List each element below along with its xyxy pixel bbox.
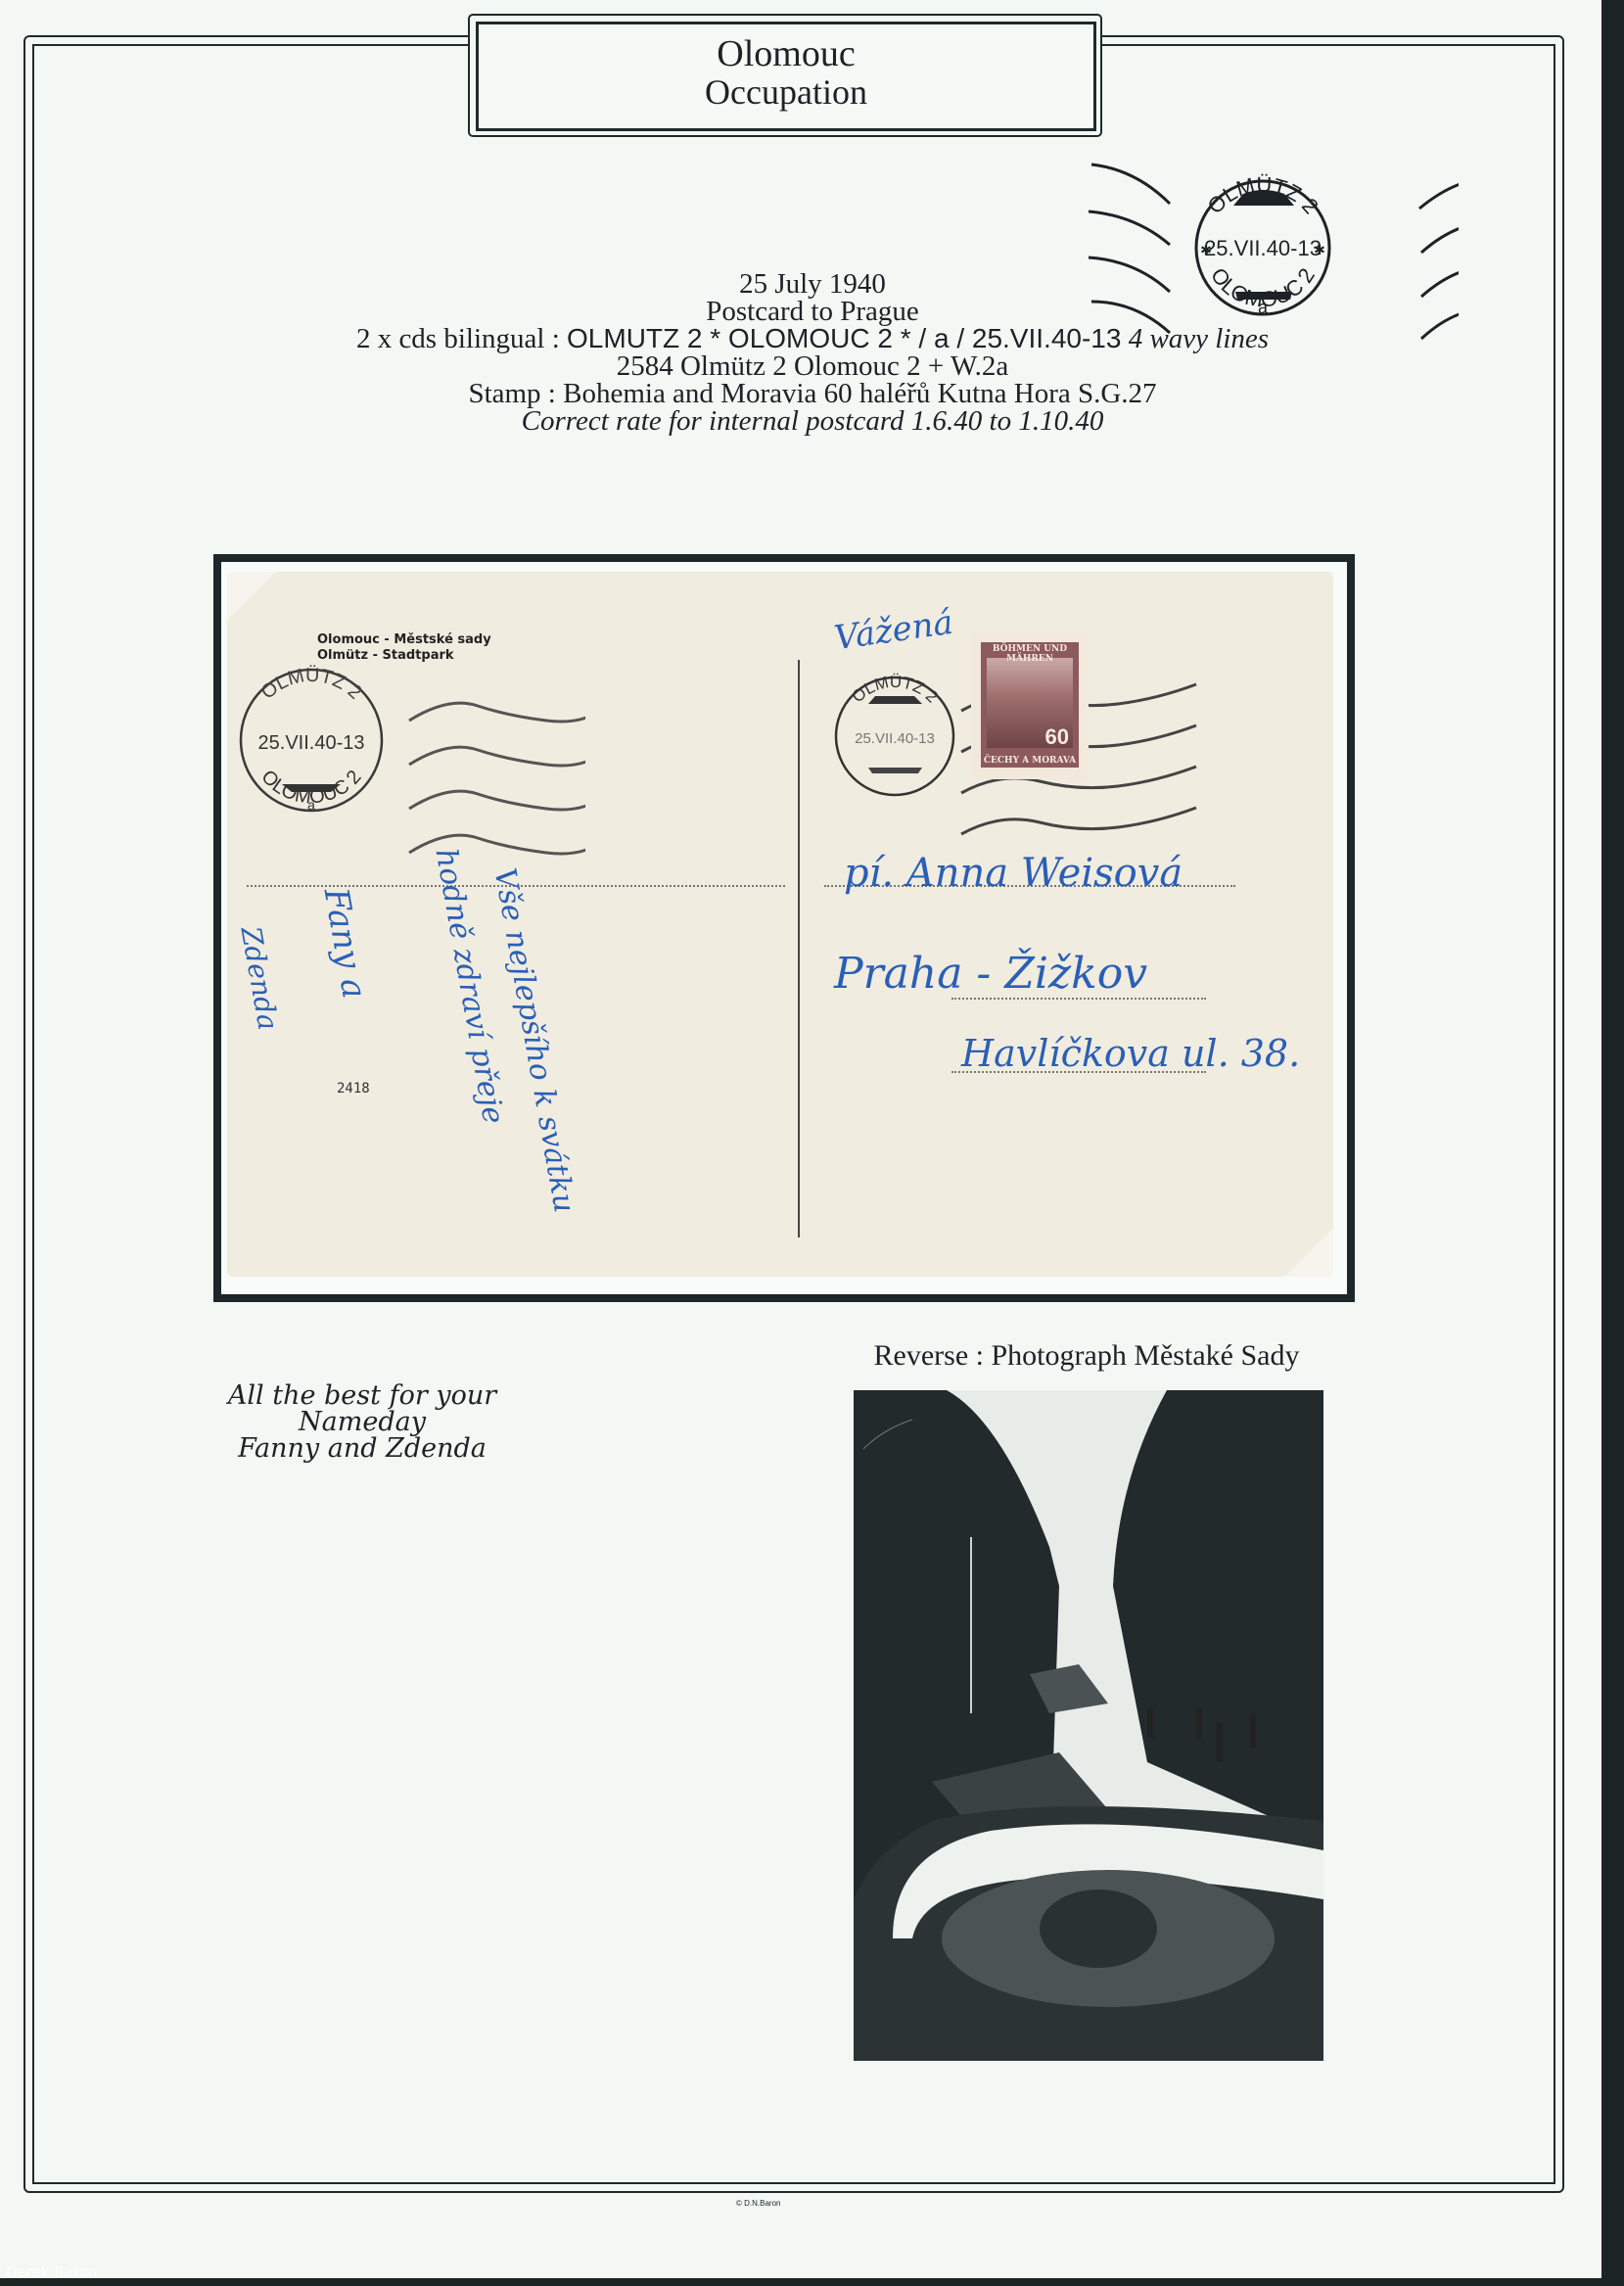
cover-date: 25 July 1940 [88,270,1537,298]
svg-text:25.VII.40-13: 25.VII.40-13 [855,730,935,747]
cds-detail: OLMUTZ 2 * OLOMOUC 2 * / a / 25.VII.40-1… [567,323,1121,353]
description-block: 25 July 1940 Postcard to Prague 2 x cds … [88,270,1537,435]
stamp-value: 60 [1045,724,1069,750]
message-signature: Zdenda [235,924,285,1033]
message-line: Vše nejlepšího k svátku [487,865,581,1215]
svg-text:25.VII.40-13: 25.VII.40-13 [1204,236,1322,260]
cover-type: Postcard to Prague [88,298,1537,325]
reverse-photograph [854,1390,1323,2061]
message-signature: Fany a [316,885,374,1002]
photo-corner [227,572,275,620]
svg-text:OLMÜTZ 2: OLMÜTZ 2 [257,665,366,704]
stamp-design: BÖHMEN UND MÄHREN 60 ČECHY A MORAVA [981,642,1079,768]
svg-text:25.VII.40-13: 25.VII.40-13 [258,732,365,754]
catalogue-reference: 2584 Olmütz 2 Olomouc 2 + W.2a [88,352,1537,380]
address-salutation: Vážená [832,603,955,659]
page-title: Olomouc [479,34,1093,73]
address-street: Havlíčkova ul. 38. [961,1032,1300,1075]
postcard-divider [798,660,800,1237]
rate-note: Correct rate for internal postcard 1.6.4… [88,407,1537,435]
machine-wavy-lines-icon [409,703,585,854]
postage-stamp: BÖHMEN UND MÄHREN 60 ČECHY A MORAVA [971,630,1089,779]
postmark-left: OLMÜTZ 2 OLOMOUC 2 25.VII.40-13 a [233,662,585,858]
svg-text:✱: ✱ [1200,244,1212,258]
stamp-description: Stamp : Bohemia and Moravia 60 haléřů Ku… [88,380,1537,407]
cds-wavy-note: 4 wavy lines [1121,323,1269,354]
reverse-caption: Reverse : Photograph Městaké Sady [783,1339,1390,1373]
svg-text:a: a [307,797,315,813]
title-box: Olomouc Occupation [476,22,1096,131]
watermark: Derek Baron [6,2263,97,2281]
photo-corner [1285,1229,1333,1277]
postcard-caption: Olomouc - Městské sady Olmütz - Stadtpar… [317,632,491,664]
translation: All the best for your Nameday Fanny and … [157,1382,568,1462]
address-city: Praha - Žižkov [834,949,1147,999]
printer-number: 2418 [337,1081,370,1096]
scan-edge-bottom [0,2278,1624,2286]
scan-edge-right [1601,0,1624,2286]
copyright: © D.N.Baron [736,2199,780,2208]
address-name: pí. Anna Weisová [844,851,1183,896]
page-subtitle: Occupation [479,73,1093,111]
stamp-country-de: BÖHMEN UND MÄHREN [981,644,1079,664]
cds-description: 2 x cds bilingual : OLMUTZ 2 * OLOMOUC 2… [88,325,1537,352]
stamp-country-cz: ČECHY A MORAVA [981,756,1079,766]
svg-text:✱: ✱ [1314,244,1325,258]
postcard-front: Olomouc - Městské sady Olmütz - Stadtpar… [227,572,1333,1277]
